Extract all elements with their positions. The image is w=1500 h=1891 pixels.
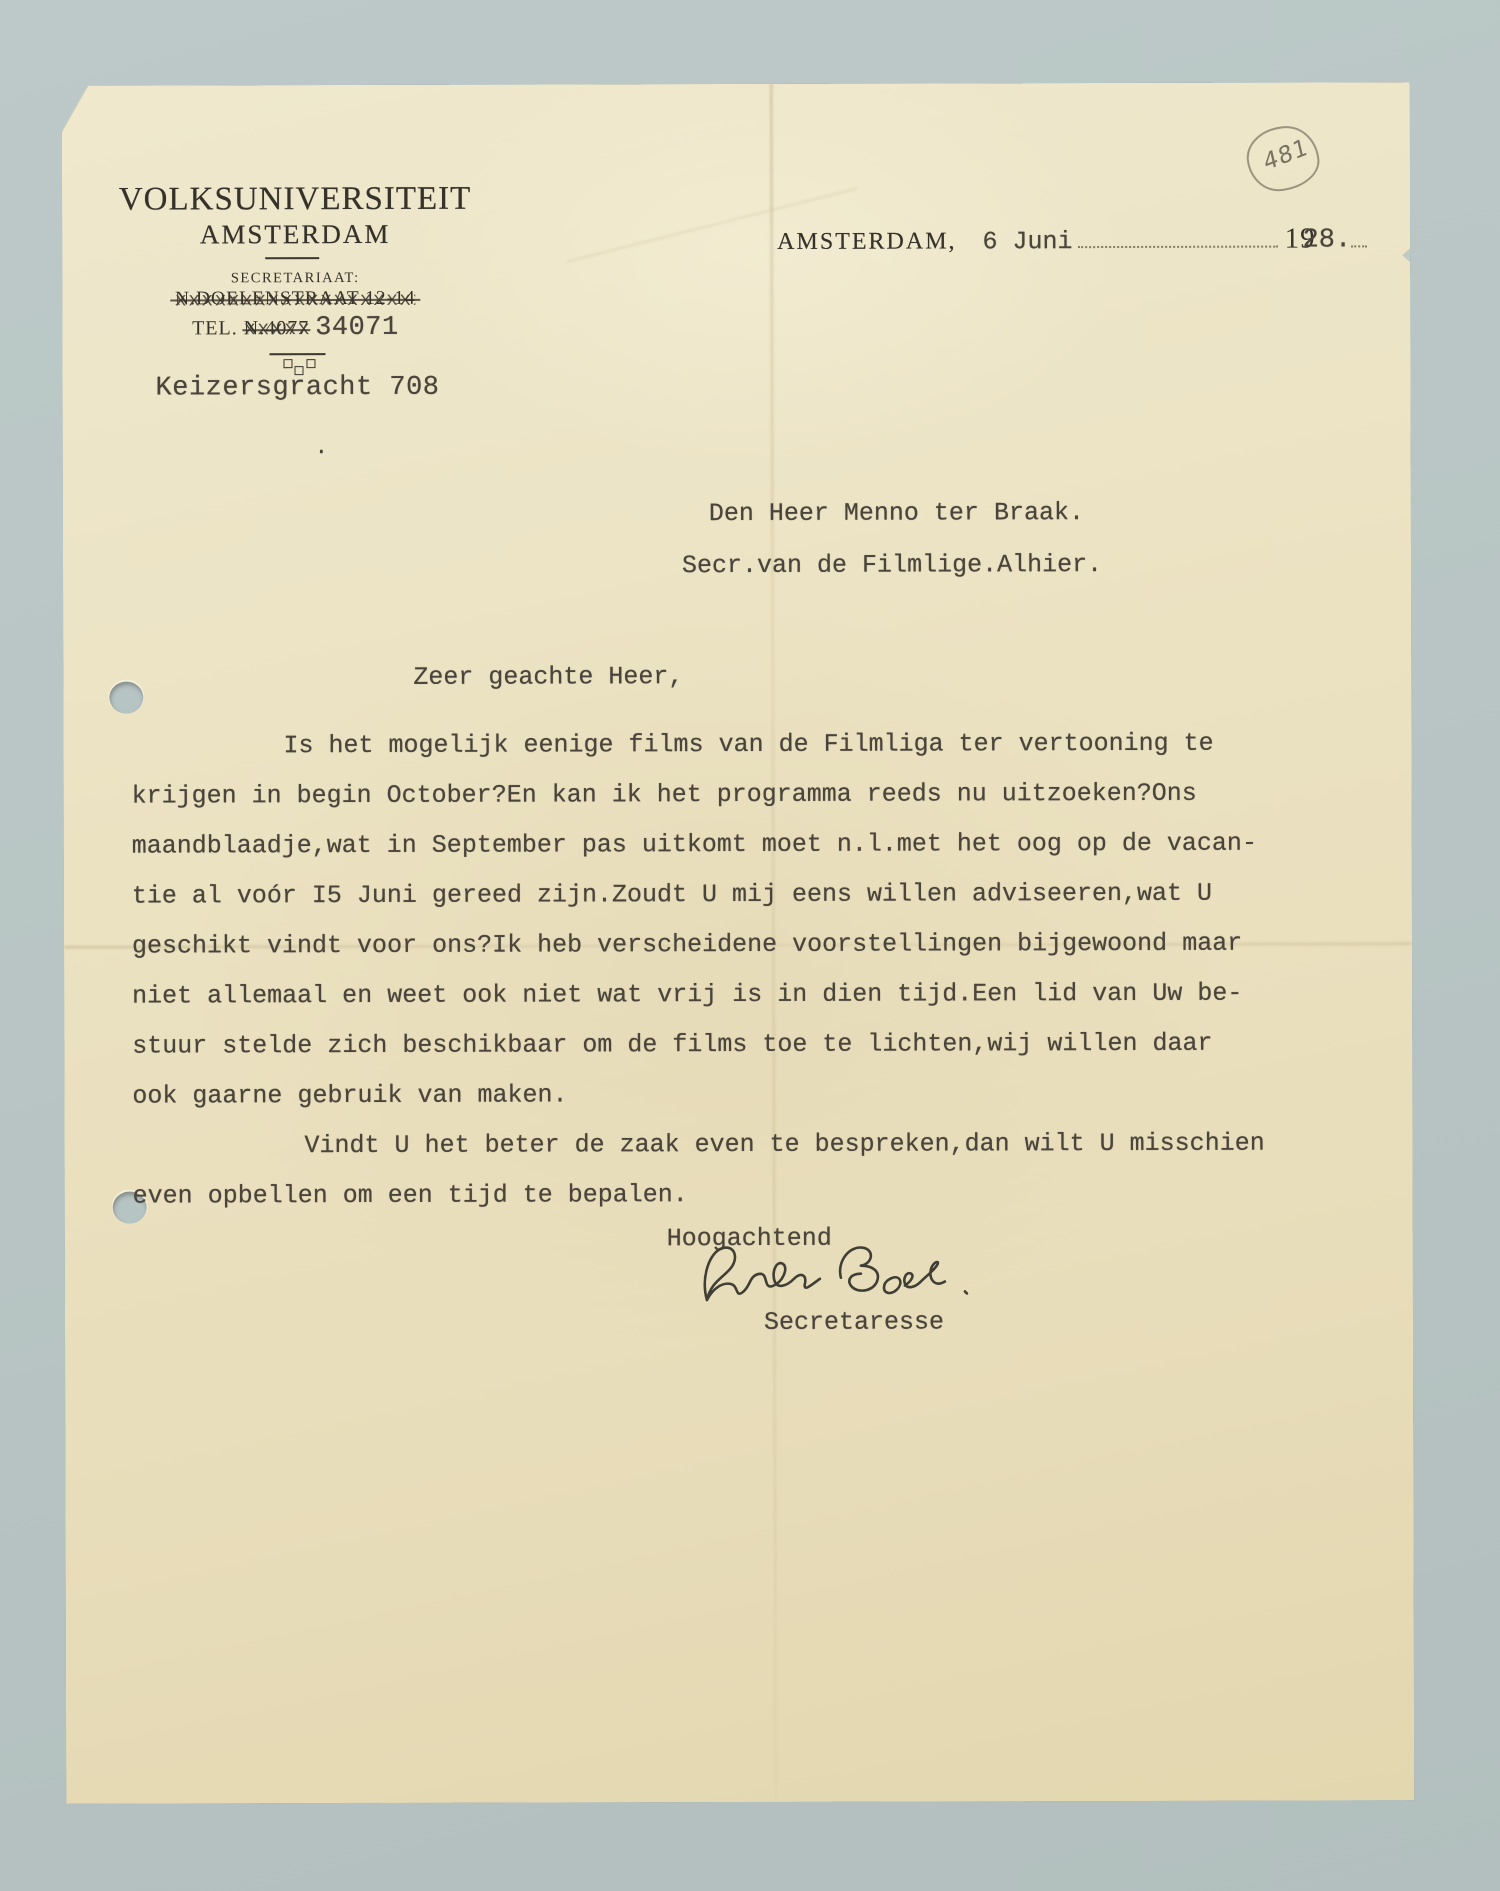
punch-hole-top [109,682,143,714]
letterhead-phone-line: TEL. N.4077 xxxxxx 34071 [117,313,473,344]
body-line: even opbellen om een tijd te bepalen. [133,1168,1353,1221]
letterhead-organization: VOLKSUNIVERSITEIT [117,181,473,219]
letterhead: VOLKSUNIVERSITEIT AMSTERDAM SECRETARIAAT… [117,85,473,86]
body-line: tie al voór I5 Juni gereed zijn.Zoudt U … [132,868,1352,921]
stray-mark: . [315,435,328,460]
letterhead-city: AMSTERDAM [117,219,473,251]
salutation: Zeer geachte Heer, [413,662,683,692]
dotted-leader-tail [1351,228,1367,248]
dateline-place: AMSTERDAM, [777,228,956,255]
phone-new: 34071 [315,313,399,343]
body-line: ook gaarne gebruik van maken. [132,1068,1352,1121]
scanned-letter-page: { "colors": { "background": "#b8c5c4", "… [0,0,1500,1891]
phone-old-struck: N.4077 xxxxxx [244,317,310,340]
body-line: geschikt vindt voor ons?Ik heb verscheid… [132,918,1352,971]
dateline: AMSTERDAM, 6 Juni 19 28. [777,222,1367,258]
signature-role: Secretaresse [764,1307,944,1336]
letterhead-department: SECRETARIAAT: [117,270,473,288]
letter-paper: VOLKSUNIVERSITEIT AMSTERDAM SECRETARIAAT… [62,82,1414,1804]
body-line: maandblaadje,wat in September pas uitkom… [132,818,1352,871]
body-line: stuur stelde zich beschikbaar om de film… [132,1018,1352,1071]
dateline-day-month: 6 Juni [982,227,1072,256]
pencil-archive-number: 481 [1261,134,1311,176]
dotted-leader [1079,228,1279,248]
body-line: niet allemaal en weet ook niet wat vrij … [132,968,1352,1021]
recipient-line-2: Secr.van de Filmlige.Alhier. [682,550,1102,580]
paper-tear [1402,247,1411,263]
phone-label: TEL. [192,317,238,339]
corner-fold [62,86,89,133]
letterhead-rule [265,257,319,259]
recipient-line-1: Den Heer Menno ter Braak. [709,498,1084,528]
ornament-square-icon [283,359,292,368]
letterhead-new-address: Keizersgracht 708 [156,373,512,404]
signature-handwriting [693,1237,993,1316]
old-address-struck: N.DOELENSTRAAT 12-14 xxxxxxxxxxxxxxxxxxx… [175,288,416,311]
letterhead-rule-2 [269,353,325,355]
body-line: Is het mogelijk eenige films van de Film… [131,718,1351,771]
letter-body: Is het mogelijk eenige films van de Film… [131,718,1352,1221]
strike-bar [242,329,310,331]
body-line: Vindt U het beter de zaak even te bespre… [132,1118,1352,1171]
body-line: krijgen in begin October?En kan ik het p… [132,768,1352,821]
pencil-archive-circle: 481 [1243,122,1322,194]
ornament-square-icon [306,359,315,368]
year-typed: 28. [1303,225,1352,255]
letterhead-old-address: N.DOELENSTRAAT 12-14 xxxxxxxxxxxxxxxxxxx… [117,288,473,311]
